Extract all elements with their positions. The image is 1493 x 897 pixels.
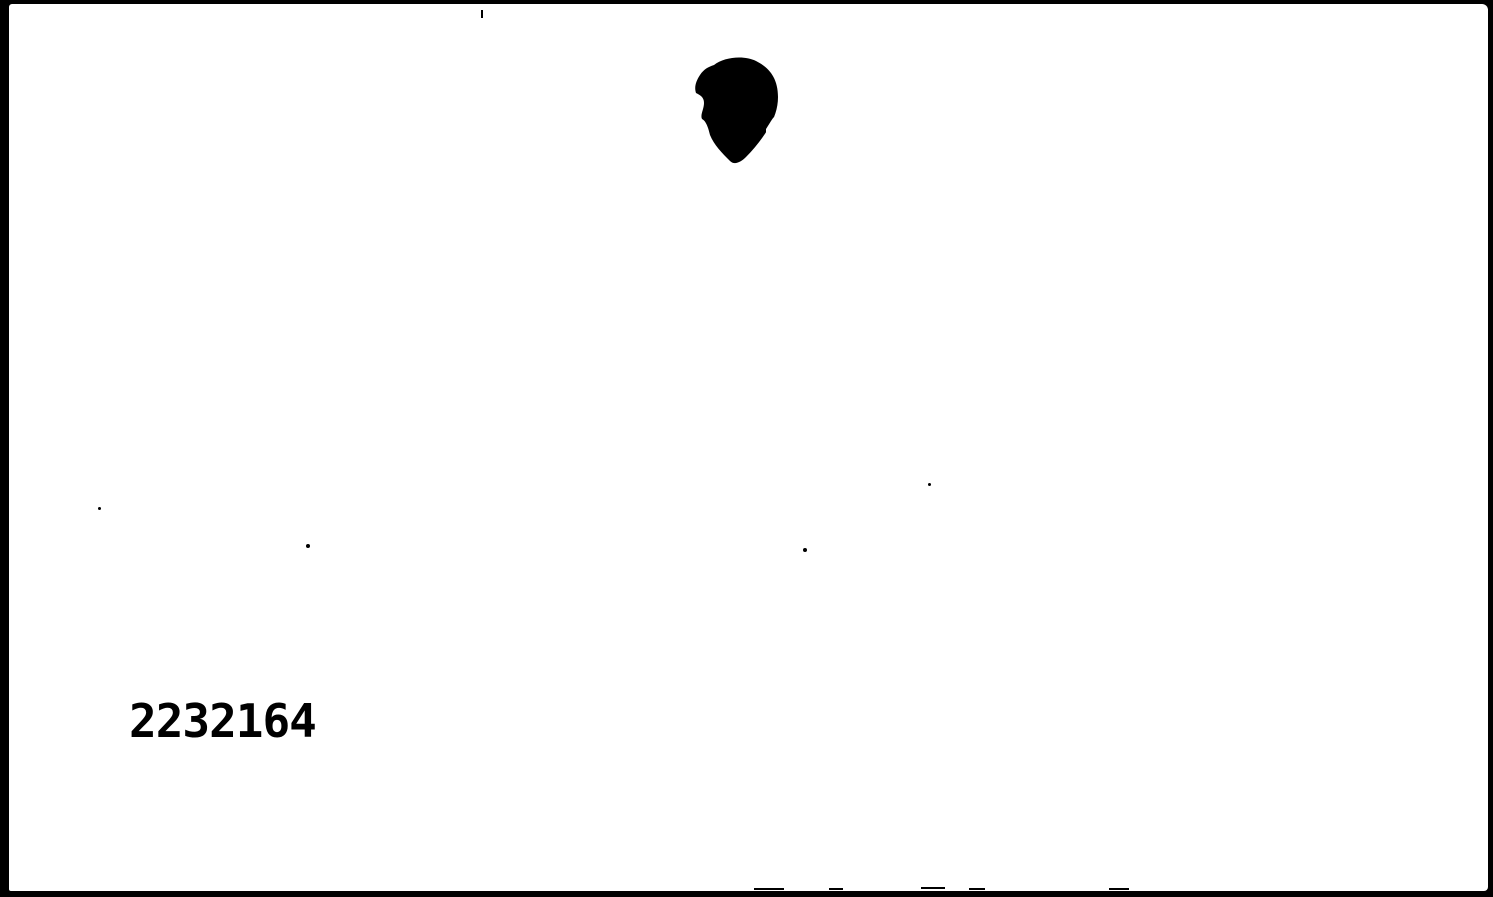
speck — [928, 483, 931, 486]
ink-blot-icon — [694, 57, 779, 165]
edge-mark — [921, 887, 945, 889]
speck — [306, 544, 310, 548]
speck — [481, 10, 483, 18]
index-card: 2232164 — [9, 4, 1488, 891]
speck — [98, 507, 101, 510]
edge-mark — [1109, 888, 1129, 890]
card-number: 2232164 — [129, 698, 316, 744]
edge-mark — [754, 888, 784, 890]
edge-mark — [969, 888, 985, 890]
speck — [803, 548, 807, 552]
edge-mark — [829, 888, 843, 890]
